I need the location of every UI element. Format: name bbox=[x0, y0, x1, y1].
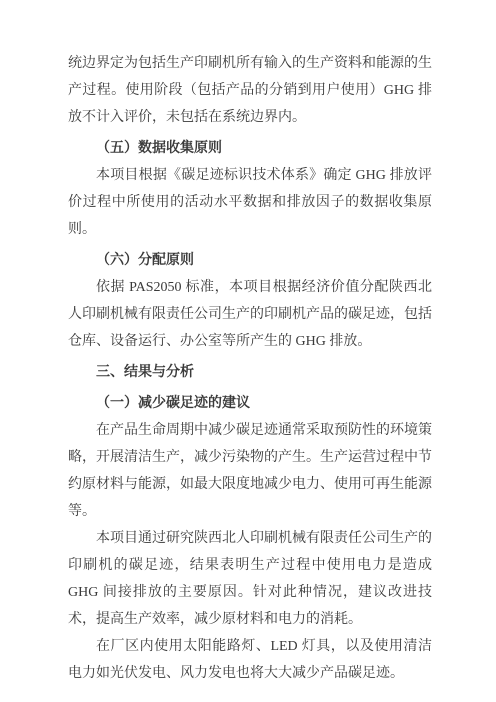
paragraph-data-collection: 本项目根据《碳足迹标识技术体系》确定 GHG 排放评价过程中所使用的活动水平数据… bbox=[68, 162, 432, 243]
paragraph-lifecycle-reduction: 在产品生命周期中减少碳足迹通常采取预防性的环境策略，开展清洁生产，减少污染物的产… bbox=[68, 417, 432, 525]
paragraph-system-boundary-continuation: 统边界定为包括生产印刷机所有输入的生产资料和能源的生产过程。使用阶段（包括产品的… bbox=[68, 50, 432, 131]
page-number: 5 bbox=[0, 638, 496, 650]
document-page: 统边界定为包括生产印刷机所有输入的生产资料和能源的生产过程。使用阶段（包括产品的… bbox=[0, 0, 496, 702]
paragraph-electricity-main-cause: 本项目通过研究陕西北人印刷机械有限责任公司生产的印刷机的碳足迹，结果表明生产过程… bbox=[68, 525, 432, 633]
section-heading-results-and-analysis: 三、结果与分析 bbox=[68, 359, 432, 386]
paragraph-allocation: 依据 PAS2050 标准，本项目根据经济价值分配陕西北人印刷机械有限责任公司生… bbox=[68, 274, 432, 355]
section-heading-allocation-principle: （六）分配原则 bbox=[68, 247, 432, 274]
section-heading-data-collection-principle: （五）数据收集原则 bbox=[68, 135, 432, 162]
section-heading-reduction-suggestions: （一）减少碳足迹的建议 bbox=[68, 390, 432, 417]
document-body: 统边界定为包括生产印刷机所有输入的生产资料和能源的生产过程。使用阶段（包括产品的… bbox=[68, 50, 432, 687]
